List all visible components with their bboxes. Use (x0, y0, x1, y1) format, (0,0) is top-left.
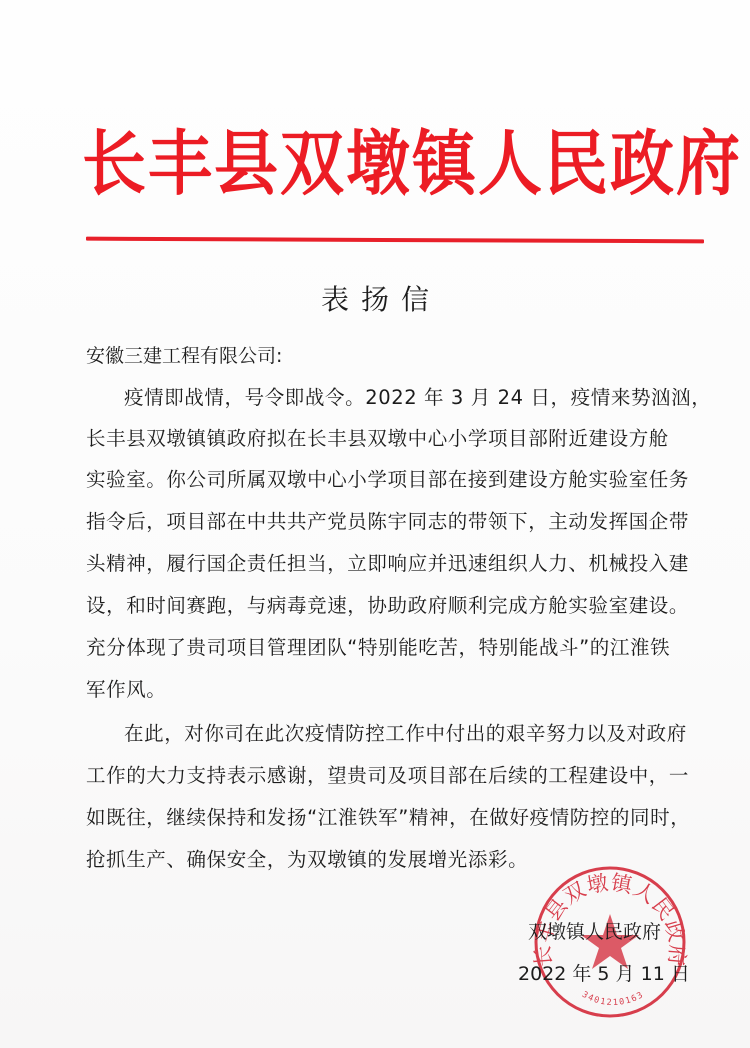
svg-text:3401210163: 3401210163 (580, 990, 646, 1008)
paragraph-1-line-5: 头精神，履行国企责任担当，立即响应并迅速组织人力、机械投入建 (86, 550, 690, 578)
salutation: 安徽三建工程有限公司: (86, 342, 282, 370)
paragraph-2-line-3: 如既往，继续保持和发扬“江淮铁军”精神，在做好疫情防控的同时， (86, 804, 690, 832)
paragraph-2-line-2: 工作的大力支持表示感谢，望贵司及项目部在后续的工程建设中，一 (86, 762, 690, 790)
paragraph-2-line-1: 在此，对你司在此次疫情防控工作中付出的艰辛努力以及对政府 (124, 720, 690, 748)
paragraph-1-line-1: 疫情即战情，号令即战令。2022 年 3 月 24 日，疫情来势汹汹， (124, 384, 690, 412)
paragraph-1-line-8: 军作风。 (86, 676, 690, 704)
paragraph-1-line-7: 充分体现了贵司项目管理团队“特别能吃苦，特别能战斗”的江淮铁 (86, 634, 690, 662)
document-title: 表扬信 (0, 280, 750, 320)
paragraph-1-line-6: 设，和时间赛跑，与病毒竞速，协助政府顺利完成方舱实验室建设。 (86, 592, 690, 620)
paragraph-1-line-3: 实验室。你公司所属双墩中心小学项目部在接到建设方舱实验室任务 (86, 466, 690, 494)
paragraph-1-line-4: 指令后，项目部在中共共产党员陈宇同志的带领下，主动发挥国企带 (86, 508, 690, 536)
letterhead-title: 长丰县双墩镇人民政府 (82, 122, 694, 208)
signature-date: 2022 年 5 月 11 日 (518, 960, 690, 988)
seal-code: 3401210163 (580, 990, 646, 1008)
letterhead-rule (86, 237, 704, 244)
signature-organization: 双墩镇人民政府 (528, 918, 661, 946)
paragraph-1-line-2: 长丰县双墩镇镇政府拟在长丰县双墩中心小学项目部附近建设方舱 (86, 425, 690, 453)
letter-page: 长丰县双墩镇人民政府 表扬信 安徽三建工程有限公司: 疫情即战情，号令即战令。2… (0, 0, 750, 1048)
